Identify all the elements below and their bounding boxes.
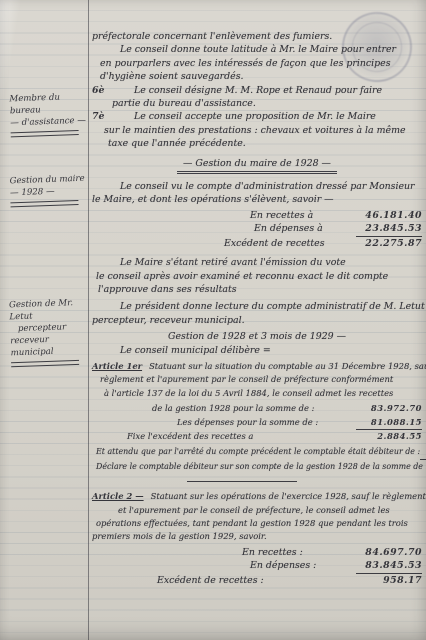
- handwritten-line: Article 2 —Statuant sur les opérations d…: [92, 490, 422, 503]
- margin-note-line: — d'assistance —: [10, 115, 86, 130]
- handwritten-line: opérations effectuées, tant pendant la g…: [92, 517, 422, 530]
- item-number: 6è: [92, 84, 134, 97]
- line-text: opérations effectuées, tant pendant la g…: [96, 517, 408, 530]
- section-heading: — Gestion du maire de 1928 —: [92, 157, 422, 174]
- line-text: Le conseil vu le compte d'administration…: [120, 180, 415, 193]
- handwritten-line: taxe que l'année précédente.: [92, 137, 422, 150]
- handwritten-line: en pourparlers avec les intéressés de fa…: [92, 57, 422, 70]
- line-text: Statuant sur les opérations de l'exercic…: [151, 490, 426, 503]
- handwritten-line: le Maire, et dont les opérations s'élève…: [92, 193, 422, 206]
- amount-label: En recettes :: [242, 546, 303, 559]
- line-text: Le Maire s'étant retiré avant l'émission…: [120, 256, 346, 269]
- amount-row: Et attendu que par l'arrêté du compte pr…: [92, 445, 422, 459]
- amount-row: Excédent de recettes :958.17: [92, 573, 422, 587]
- amount-label: En dépenses :: [250, 559, 316, 572]
- handwritten-line: Le président donne lecture du compte adm…: [92, 300, 422, 313]
- handwritten-line: à l'article 137 de la loi du 5 Avril 188…: [92, 387, 422, 400]
- line-text: règlement et l'apurement par le conseil …: [100, 373, 393, 386]
- line-text: sur le maintien des prestations : chevau…: [104, 124, 406, 137]
- margin-note-line: receveur municipal: [10, 333, 87, 360]
- amount-value: 81.088.15: [356, 416, 422, 429]
- line-text: Statuant sur la situation du comptable a…: [149, 360, 426, 373]
- margin-note-line: Membre du bureau: [9, 91, 86, 118]
- amount-value: 23.845.53: [356, 222, 422, 235]
- line-text: Le conseil accepte une proposition de Mr…: [134, 110, 376, 123]
- amount-label: Et attendu que par l'arrêté du compte pr…: [96, 445, 420, 458]
- handwritten-line: Le conseil municipal délibère =: [92, 344, 422, 357]
- handwritten-line: Article 1erStatuant sur la situation du …: [92, 360, 422, 373]
- amount-label: Les dépenses pour la somme de :: [177, 416, 318, 429]
- handwritten-line: préfectorale concernant l'enlèvement des…: [92, 30, 422, 43]
- line-text: partie du bureau d'assistance.: [112, 97, 256, 110]
- margin-note-line: Gestion de Mr. Letut: [9, 297, 86, 324]
- amount-row: En recettes :84.697.70: [92, 546, 422, 559]
- handwritten-line: et l'apurement par le conseil de préfect…: [92, 504, 422, 517]
- scanned-register-page: Membre du bureau — d'assistance — Gestio…: [0, 0, 426, 640]
- handwritten-line: 6èLe conseil désigne M. M. Rope et Renau…: [92, 84, 422, 97]
- margin-rule-line: [88, 0, 89, 640]
- article-marker: Article 2 —: [92, 490, 144, 503]
- section-divider: [187, 481, 297, 482]
- handwritten-line: Le Maire s'étant retiré avant l'émission…: [92, 256, 422, 269]
- amount-row: En dépenses à23.845.53: [92, 222, 422, 235]
- amount-label: Fixe l'excédent des recettes a: [127, 430, 253, 443]
- line-text: le Maire, et dont les opérations s'élève…: [92, 193, 334, 206]
- line-text: en pourparlers avec les intéressés de fa…: [100, 57, 391, 70]
- item-number: 7è: [92, 110, 134, 123]
- handwritten-line: d'hygiène soient sauvegardés.: [92, 70, 422, 83]
- handwritten-line: règlement et l'apurement par le conseil …: [92, 373, 422, 386]
- amount-value: 2.884.55: [356, 429, 422, 443]
- amount-row: En dépenses :83.845.53: [92, 559, 422, 572]
- amount-label: de la gestion 1928 pour la somme de :: [152, 402, 315, 415]
- margin-note-line: — 1928 —: [10, 185, 86, 200]
- margin-note-gestion-maire: Gestion du maire — 1928 —: [9, 173, 86, 208]
- section-heading-text: — Gestion du maire de 1928 —: [177, 157, 337, 174]
- amount-label: Déclare le comptable débiteur sur son co…: [96, 460, 426, 473]
- line-text: Le conseil donne toute latitude à Mr. le…: [120, 43, 396, 56]
- handwritten-line: sur le maintien des prestations : chevau…: [92, 124, 422, 137]
- amount-row: de la gestion 1928 pour la somme de :83.…: [92, 402, 422, 415]
- amount-row: Fixe l'excédent des recettes a2.884.55: [92, 429, 422, 443]
- amount-label: En recettes à: [250, 209, 313, 222]
- line-text: à l'article 137 de la loi du 5 Avril 188…: [104, 387, 393, 400]
- line-text: Le conseil désigne M. M. Rope et Renaud …: [134, 84, 382, 97]
- line-text: taxe que l'année précédente.: [108, 137, 246, 150]
- line-text: préfectorale concernant l'enlèvement des…: [92, 30, 332, 43]
- margin-note-bureau-assistance: Membre du bureau — d'assistance —: [9, 91, 86, 138]
- body-text: préfectorale concernant l'enlèvement des…: [92, 30, 422, 587]
- amount-value: 84.697.70: [356, 546, 422, 559]
- line-text: Le conseil municipal délibère =: [120, 344, 271, 357]
- handwritten-line: Le conseil donne toute latitude à Mr. le…: [92, 43, 422, 56]
- section-heading: Gestion de 1928 et 3 mois de 1929 —: [92, 330, 422, 343]
- amount-value: 46.181.40: [356, 209, 422, 222]
- handwritten-line: le conseil après avoir examiné et reconn…: [92, 270, 422, 283]
- handwritten-line: l'approuve dans ses résultats: [92, 283, 422, 296]
- line-text: le conseil après avoir examiné et reconn…: [96, 270, 388, 283]
- amount-value: 24.815.53: [420, 445, 426, 459]
- amount-value: 22.275.87: [356, 236, 422, 250]
- amount-label: En dépenses à: [254, 222, 323, 235]
- handwritten-line: Le conseil vu le compte d'administration…: [92, 180, 422, 193]
- line-text: percepteur, receveur municipal.: [92, 314, 245, 327]
- section-heading-text: Gestion de 1928 et 3 mois de 1929 —: [168, 330, 346, 343]
- margin-note-underline: [10, 200, 79, 207]
- line-text: et l'apurement par le conseil de préfect…: [118, 504, 390, 517]
- handwritten-line: partie du bureau d'assistance.: [92, 97, 422, 110]
- amount-value: 958.17: [356, 573, 422, 587]
- amount-value: 83.845.53: [356, 559, 422, 572]
- line-text: Le président donne lecture du compte adm…: [120, 300, 425, 313]
- margin-note-gestion-letut: Gestion de Mr. Letut percepteur receveur…: [9, 297, 87, 368]
- margin-note-underline: [11, 130, 80, 137]
- amount-label: Excédent de recettes: [224, 237, 325, 250]
- amount-row: Déclare le comptable débiteur sur son co…: [92, 460, 422, 473]
- line-text: premiers mois de la gestion 1929, savoir…: [92, 530, 267, 543]
- line-text: l'approuve dans ses résultats: [98, 283, 237, 296]
- handwritten-line: percepteur, receveur municipal.: [92, 314, 422, 327]
- amount-row: En recettes à46.181.40: [92, 209, 422, 222]
- handwritten-line: premiers mois de la gestion 1929, savoir…: [92, 530, 422, 543]
- handwritten-line: 7èLe conseil accepte une proposition de …: [92, 110, 422, 123]
- amount-row: Excédent de recettes22.275.87: [92, 236, 422, 250]
- amount-row: Les dépenses pour la somme de :81.088.15: [92, 416, 422, 429]
- amount-value: 83.972.70: [356, 402, 422, 415]
- amount-label: Excédent de recettes :: [157, 574, 264, 587]
- article-marker: Article 1er: [92, 360, 142, 373]
- line-text: d'hygiène soient sauvegardés.: [100, 70, 244, 83]
- margin-note-underline: [11, 360, 80, 367]
